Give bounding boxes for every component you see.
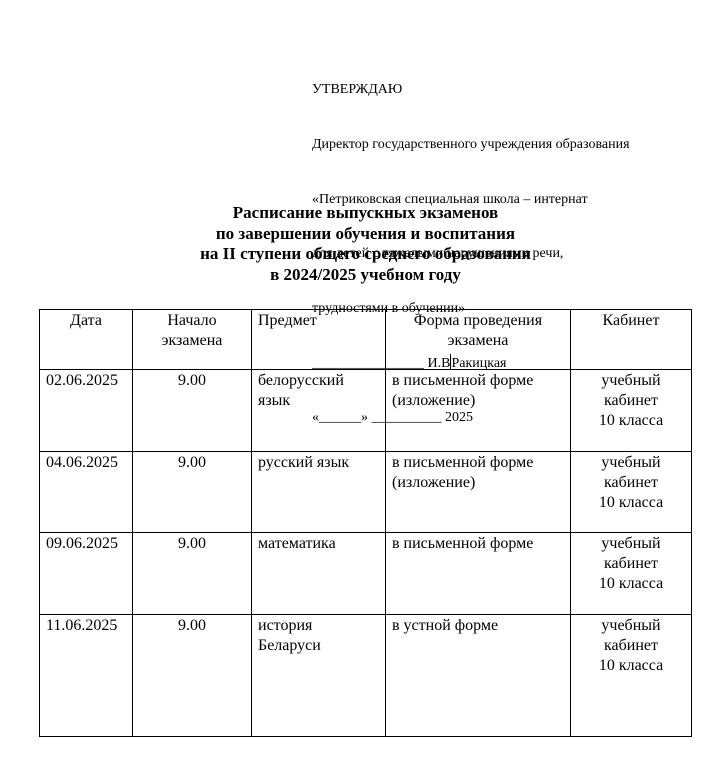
cell-text-line: учебный: [577, 371, 685, 391]
cell-start: 9.00: [133, 615, 252, 737]
title-line: в 2024/2025 учебном году: [0, 265, 715, 286]
cell-text-line: кабинет: [577, 636, 685, 656]
approval-heading: УТВЕРЖДАЮ: [312, 81, 630, 99]
cell-text-line: Начало: [139, 311, 245, 331]
table-row: 11.06.2025 9.00 историяБеларуси в устной…: [40, 615, 692, 737]
cell-text-line: (изложение): [392, 391, 564, 411]
cell-text-line: белорусский: [258, 371, 379, 391]
cell-text-line: Дата: [46, 311, 126, 331]
cell-text-line: экзамена: [392, 331, 564, 351]
cell-text-line: в письменной форме: [392, 453, 564, 473]
header-subject: Предмет: [252, 310, 386, 370]
cell-subject: белорусскийязык: [252, 370, 386, 452]
cell-text-line: русский язык: [258, 453, 379, 473]
document-title: Расписание выпускных экзаменов по заверш…: [0, 203, 715, 285]
cell-text-line: Беларуси: [258, 636, 379, 656]
cell-text-line: экзамена: [139, 331, 245, 351]
cell-subject: математика: [252, 533, 386, 615]
cell-text-line: в устной форме: [392, 616, 564, 636]
cell-text-line: кабинет: [577, 554, 685, 574]
cell-form: в устной форме: [386, 615, 571, 737]
cell-text-line: 10 класса: [577, 656, 685, 676]
cell-text-line: 10 класса: [577, 574, 685, 594]
table-row: 02.06.2025 9.00 белорусскийязык в письме…: [40, 370, 692, 452]
table-row: 04.06.2025 9.00 русский язык в письменно…: [40, 452, 692, 533]
cell-form: в письменной форме(изложение): [386, 370, 571, 452]
cell-text-line: в письменной форме: [392, 534, 564, 554]
cell-date: 11.06.2025: [40, 615, 133, 737]
title-line: на II ступени общего среднего образовани…: [0, 244, 715, 265]
cell-text-line: учебный: [577, 453, 685, 473]
cell-room: учебныйкабинет10 класса: [571, 615, 692, 737]
cell-room: учебныйкабинет10 класса: [571, 533, 692, 615]
header-form: Форма проведенияэкзамена: [386, 310, 571, 370]
cell-text-line: 10 класса: [577, 493, 685, 513]
header-room: Кабинет: [571, 310, 692, 370]
title-line: Расписание выпускных экзаменов: [0, 203, 715, 224]
cell-subject: историяБеларуси: [252, 615, 386, 737]
cell-start: 9.00: [133, 452, 252, 533]
cell-text-line: учебный: [577, 534, 685, 554]
exam-schedule-table: Дата Началоэкзамена Предмет Форма провед…: [39, 309, 692, 737]
title-line: по завершении обучения и воспитания: [0, 224, 715, 245]
cell-subject: русский язык: [252, 452, 386, 533]
cell-text-line: язык: [258, 391, 379, 411]
cell-start: 9.00: [133, 370, 252, 452]
approval-line: Директор государственного учреждения обр…: [312, 136, 630, 154]
cell-room: учебныйкабинет10 класса: [571, 370, 692, 452]
cell-text-line: Кабинет: [577, 311, 685, 331]
table-row: 09.06.2025 9.00 математика в письменной …: [40, 533, 692, 615]
cell-text-line: 10 класса: [577, 411, 685, 431]
cell-form: в письменной форме(изложение): [386, 452, 571, 533]
table-header-row: Дата Началоэкзамена Предмет Форма провед…: [40, 310, 692, 370]
cell-start: 9.00: [133, 533, 252, 615]
header-start: Началоэкзамена: [133, 310, 252, 370]
cell-date: 02.06.2025: [40, 370, 133, 452]
cell-text-line: кабинет: [577, 473, 685, 493]
cell-date: 09.06.2025: [40, 533, 133, 615]
cell-text-line: Предмет: [258, 311, 379, 331]
cell-form: в письменной форме: [386, 533, 571, 615]
cell-room: учебныйкабинет10 класса: [571, 452, 692, 533]
cell-text-line: история: [258, 616, 379, 636]
cell-text-line: математика: [258, 534, 379, 554]
cell-text-line: (изложение): [392, 473, 564, 493]
cell-text-line: Форма проведения: [392, 311, 564, 331]
cell-text-line: в письменной форме: [392, 371, 564, 391]
cell-date: 04.06.2025: [40, 452, 133, 533]
cell-text-line: учебный: [577, 616, 685, 636]
cell-text-line: кабинет: [577, 391, 685, 411]
header-date: Дата: [40, 310, 133, 370]
